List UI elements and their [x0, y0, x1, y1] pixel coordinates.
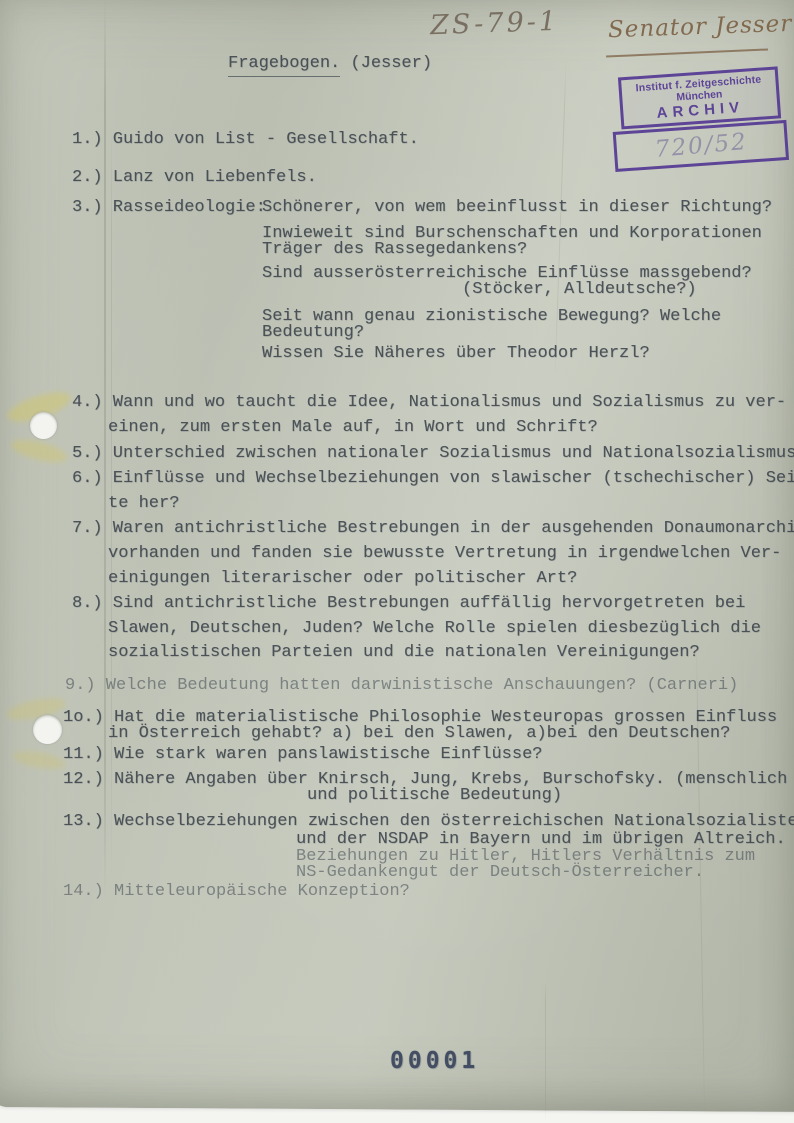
- typed-line: NS-Gedankengut der Deutsch-Österreicher.: [296, 863, 704, 882]
- handwritten-archive-code: ZS-79-1: [429, 6, 559, 41]
- typed-line: einen, zum ersten Male auf, in Wort und …: [108, 418, 598, 437]
- typed-line: 4.) Wann und wo taucht die Idee, Nationa…: [72, 393, 786, 412]
- typed-line: 6.) Einflüsse und Wechselbeziehungen von…: [72, 469, 794, 488]
- typed-line: einigungen literarischer oder politische…: [108, 569, 577, 588]
- document-title: Fragebogen. (Jesser): [228, 54, 432, 73]
- title-suffix: (Jesser): [340, 54, 432, 73]
- typed-line: 8.) Sind antichristliche Bestrebungen au…: [72, 594, 745, 613]
- typed-line: vorhanden und fanden sie bewusste Vertre…: [108, 544, 781, 563]
- typed-line: Schönerer, von wem beeinflusst in dieser…: [262, 198, 772, 217]
- typed-line: in Österreich gehabt? a) bei den Slawen,…: [108, 724, 730, 743]
- typed-line: 7.) Waren antichristliche Bestrebungen i…: [72, 519, 794, 538]
- typed-line: Bedeutung?: [262, 323, 364, 342]
- punch-hole-top: [30, 412, 57, 439]
- typed-line: Träger des Rassegedankens?: [262, 240, 527, 259]
- typed-line: 14.) Mitteleuropäische Konzeption?: [63, 882, 410, 901]
- typed-line: Wissen Sie Näheres über Theodor Herzl?: [262, 344, 650, 363]
- page-number-stamp: 00001: [390, 1048, 479, 1074]
- scanned-document-page: { "document": { "archive_code": "ZS-79-1…: [0, 0, 794, 1123]
- typed-line: te her?: [108, 494, 179, 513]
- typed-line: sozialistischen Parteien und die nationa…: [108, 643, 700, 662]
- typed-line: 1.) Guido von List - Gesellschaft.: [72, 130, 419, 149]
- typed-line: 9.) Welche Bedeutung hatten darwinistisc…: [65, 676, 738, 695]
- typed-line: (Stöcker, Alldeutsche?): [462, 280, 697, 299]
- typed-line: 11.) Wie stark waren panslawistische Ein…: [63, 745, 542, 764]
- punch-hole-bottom: [33, 715, 62, 744]
- typed-line: 2.) Lanz von Liebenfels.: [72, 168, 317, 187]
- typed-line: 13.) Wechselbeziehungen zwischen den öst…: [63, 812, 794, 831]
- typed-line: 3.) Rasseideologie:: [72, 198, 266, 217]
- archive-stamp: Institut f. Zeitgeschichte München ARCHI…: [609, 66, 789, 172]
- typed-line: 5.) Unterschied zwischen nationaler Sozi…: [72, 444, 794, 463]
- stamp-handwritten-number: 720/52: [653, 129, 748, 163]
- title-underlined-part: Fragebogen.: [228, 54, 340, 77]
- archive-stamp-box: Institut f. Zeitgeschichte München ARCHI…: [618, 66, 781, 129]
- typed-line: Slawen, Deutschen, Juden? Welche Rolle s…: [108, 619, 761, 638]
- typed-line: und politische Bedeutung): [307, 786, 562, 805]
